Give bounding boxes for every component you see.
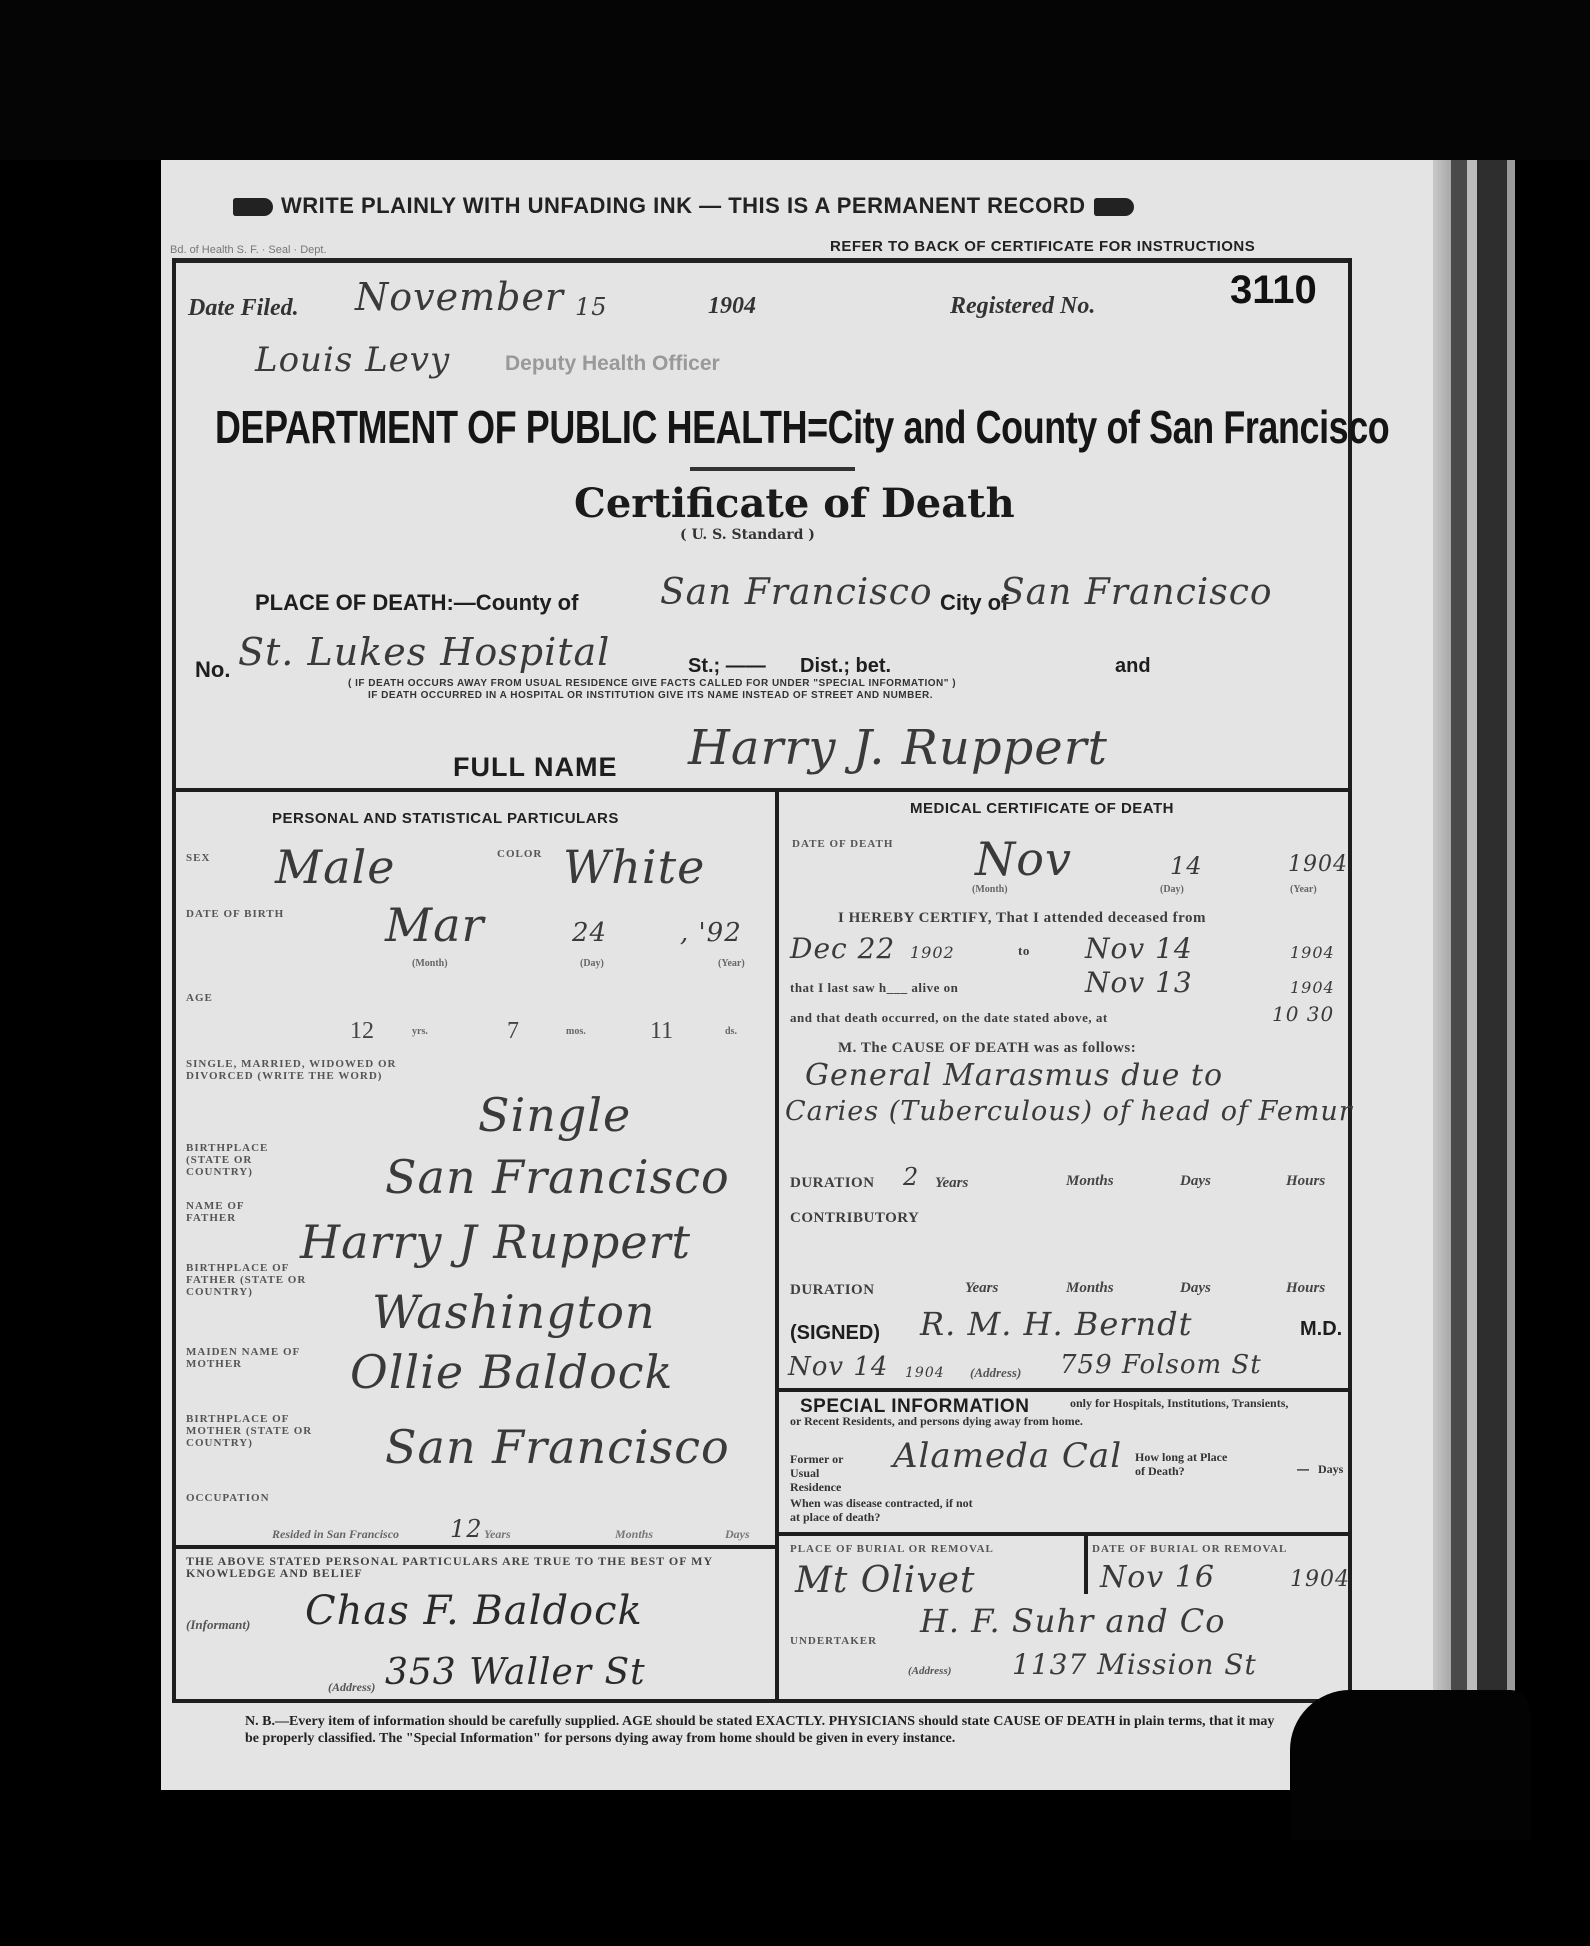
undertaker-label: UNDERTAKER bbox=[790, 1635, 877, 1647]
contributory-label: CONTRIBUTORY bbox=[790, 1210, 919, 1227]
place-city: San Francisco bbox=[1000, 572, 1273, 613]
scan-background-top bbox=[0, 0, 1590, 160]
undertaker-address: 1137 Mission St bbox=[1012, 1648, 1257, 1681]
resided-years-unit: Years bbox=[484, 1527, 511, 1542]
district-label: Dist.; bet. bbox=[800, 655, 891, 678]
mother-birthplace-label: BIRTHPLACE OF MOTHER (State or Country) bbox=[186, 1413, 326, 1449]
residence-label: Former or Usual Residence bbox=[790, 1452, 850, 1494]
time-of-death: 10 30 bbox=[1272, 1002, 1334, 1026]
burial-column-divider bbox=[1084, 1534, 1088, 1594]
to-label: to bbox=[1018, 943, 1030, 959]
color-label: COLOR bbox=[497, 848, 542, 860]
binding-strip bbox=[1507, 160, 1515, 1780]
age-months-unit: mos. bbox=[566, 1026, 586, 1037]
duration2-label: DURATION bbox=[790, 1282, 875, 1299]
age-years-unit: yrs. bbox=[412, 1026, 428, 1037]
informant-divider bbox=[172, 1545, 776, 1549]
duration-value: 2 bbox=[903, 1163, 919, 1191]
duration-months: Months bbox=[1066, 1173, 1114, 1190]
resided-months-unit: Months bbox=[615, 1527, 653, 1542]
place-note-2: IF DEATH OCCURRED IN A HOSPITAL OR INSTI… bbox=[348, 690, 956, 702]
attended-from: Dec 22 bbox=[790, 932, 895, 965]
attended-from-year: 1902 bbox=[910, 943, 955, 962]
age-years: 12 bbox=[350, 1018, 374, 1045]
physician-address: 759 Folsom St bbox=[1060, 1350, 1262, 1380]
place-institution: St. Lukes Hospital bbox=[238, 630, 610, 674]
date-filed-day: 15 bbox=[575, 293, 608, 321]
burial-date-label: DATE of BURIAL or REMOVAL bbox=[1092, 1543, 1287, 1555]
color-value: White bbox=[563, 840, 705, 894]
place-of-death-label: PLACE OF DEATH:—County of bbox=[255, 590, 578, 616]
pointing-hand-icon bbox=[233, 198, 273, 216]
informant-address-label: (Address) bbox=[328, 1680, 375, 1695]
certify-statement: I HEREBY CERTIFY, That I attended deceas… bbox=[838, 910, 1206, 927]
duration-days: Days bbox=[1180, 1173, 1211, 1190]
cause-label: M. The CAUSE OF DEATH was as follows: bbox=[838, 1040, 1136, 1057]
signed-date: Nov 14 bbox=[788, 1352, 888, 1382]
pointing-hand-icon bbox=[1094, 198, 1134, 216]
place-county: San Francisco bbox=[660, 572, 933, 613]
officer-title: Deputy Health Officer bbox=[505, 352, 720, 376]
attended-to-year: 1904 bbox=[1290, 943, 1335, 962]
certificate-title: Certificate of Death bbox=[574, 480, 1015, 527]
undertaker-address-label: (Address) bbox=[908, 1665, 951, 1677]
date-of-death-day: 14 bbox=[1170, 852, 1203, 880]
street-label: St.; —— bbox=[688, 655, 766, 678]
section-divider bbox=[172, 788, 1352, 792]
undertaker-name: H. F. Suhr and Co bbox=[920, 1602, 1226, 1640]
dod-day-sub: (Day) bbox=[1160, 884, 1184, 895]
how-long-days: Days bbox=[1318, 1462, 1343, 1477]
column-divider bbox=[775, 790, 779, 1702]
resided-label: Resided in San Francisco bbox=[272, 1527, 399, 1542]
birthplace-label: BIRTHPLACE (State or Country) bbox=[186, 1142, 306, 1178]
informant-statement: THE ABOVE STATED PERSONAL PARTICULARS AR… bbox=[186, 1555, 766, 1579]
dob-label: DATE OF BIRTH bbox=[186, 908, 284, 920]
personal-heading: PERSONAL AND STATISTICAL PARTICULARS bbox=[272, 810, 619, 827]
binding-strip bbox=[1433, 160, 1451, 1780]
occurred-label: and that death occurred, on the date sta… bbox=[790, 1010, 1108, 1026]
how-long-value: — bbox=[1297, 1462, 1309, 1476]
full-name-label: FULL NAME bbox=[453, 752, 618, 783]
medical-heading: MEDICAL CERTIFICATE OF DEATH bbox=[910, 800, 1174, 817]
title-divider bbox=[690, 467, 855, 471]
registered-number: 3110 bbox=[1230, 268, 1317, 313]
date-filed-year: 1904 bbox=[708, 293, 756, 320]
officer-name: Louis Levy bbox=[255, 340, 450, 380]
special-heading-rest: only for Hospitals, Institutions, Transi… bbox=[1070, 1396, 1288, 1411]
mother-birthplace-value: San Francisco bbox=[385, 1420, 730, 1474]
binding-strip bbox=[1451, 160, 1467, 1780]
burial-place-label: PLACE OF BURIAL OR REMOVAL bbox=[790, 1543, 994, 1555]
burial-year: 1904 bbox=[1290, 1567, 1350, 1592]
age-days: 11 bbox=[650, 1018, 673, 1045]
stamp-line: Bd. of Health S. F. · Seal · Dept. bbox=[170, 244, 327, 256]
physician-address-label: (Address) bbox=[970, 1365, 1021, 1381]
duration-years: Years bbox=[935, 1175, 968, 1192]
how-long-label: How long at Place of Death? bbox=[1135, 1450, 1235, 1478]
father-name-value: Harry J Ruppert bbox=[300, 1215, 691, 1269]
md-label: M.D. bbox=[1300, 1318, 1342, 1341]
resided-years: 12 bbox=[450, 1515, 483, 1543]
refer-instructions: REFER TO BACK OF CERTIFICATE FOR INSTRUC… bbox=[830, 238, 1255, 255]
full-name-value: Harry J. Ruppert bbox=[688, 720, 1108, 776]
cause-line-1: General Marasmus due to bbox=[805, 1058, 1223, 1093]
banner-text: WRITE PLAINLY WITH UNFADING INK — THIS I… bbox=[281, 193, 1086, 218]
duration2-years: Years bbox=[965, 1280, 998, 1297]
special-divider bbox=[776, 1388, 1352, 1392]
resided-days-unit: Days bbox=[725, 1527, 750, 1542]
dob-month: Mar bbox=[385, 898, 485, 952]
informant-address: 353 Waller St bbox=[385, 1652, 646, 1693]
burial-divider bbox=[776, 1532, 1352, 1536]
cause-line-2: Caries (Tuberculous) of head of Femur bbox=[785, 1096, 1353, 1127]
dob-month-sub: (Month) bbox=[412, 958, 448, 969]
place-instructions: ( IF DEATH OCCURS AWAY FROM USUAL RESIDE… bbox=[348, 678, 956, 702]
signed-year: 1904 bbox=[905, 1365, 945, 1381]
department-title: DEPARTMENT OF PUBLIC HEALTH=City and Cou… bbox=[215, 400, 1389, 454]
last-saw-label: that I last saw h___ alive on bbox=[790, 980, 958, 996]
occupation-label: OCCUPATION bbox=[186, 1492, 270, 1504]
registered-label: Registered No. bbox=[950, 293, 1095, 320]
duration-label: DURATION bbox=[790, 1175, 875, 1192]
age-label: AGE bbox=[186, 992, 213, 1004]
informant-name: Chas F. Baldock bbox=[305, 1588, 643, 1634]
footer-note: N. B.—Every item of information should b… bbox=[245, 1713, 1275, 1747]
birthplace-value: San Francisco bbox=[385, 1150, 730, 1204]
informant-label: (Informant) bbox=[186, 1617, 250, 1633]
attended-to: Nov 14 bbox=[1085, 932, 1193, 965]
dod-year-sub: (Year) bbox=[1290, 884, 1317, 895]
no-label: No. bbox=[195, 657, 230, 683]
residence-value: Alameda Cal bbox=[893, 1436, 1122, 1476]
mother-name-value: Ollie Baldock bbox=[350, 1345, 673, 1399]
and-label: and bbox=[1115, 655, 1151, 678]
physician-signature: R. M. H. Berndt bbox=[920, 1305, 1193, 1343]
burial-place: Mt Olivet bbox=[795, 1560, 975, 1601]
duration2-hours: Hours bbox=[1286, 1280, 1325, 1297]
duration2-months: Months bbox=[1066, 1280, 1114, 1297]
banner: WRITE PLAINLY WITH UNFADING INK — THIS I… bbox=[225, 193, 1142, 219]
binding-strip bbox=[1467, 160, 1477, 1780]
father-name-label: NAME OF FATHER bbox=[186, 1200, 266, 1224]
signed-label: (SIGNED) bbox=[790, 1322, 880, 1345]
dob-year-sub: (Year) bbox=[718, 958, 745, 969]
age-days-unit: ds. bbox=[725, 1026, 737, 1037]
date-filed-month: November bbox=[355, 275, 564, 319]
marital-value: Single bbox=[478, 1088, 631, 1142]
burial-date: Nov 16 bbox=[1100, 1560, 1215, 1595]
date-of-death-month: Nov bbox=[975, 832, 1072, 886]
dob-year: , '92 bbox=[680, 918, 742, 948]
place-note-1: ( IF DEATH OCCURS AWAY FROM USUAL RESIDE… bbox=[348, 678, 956, 690]
age-months: 7 bbox=[507, 1018, 519, 1045]
certificate-standard: ( U. S. Standard ) bbox=[680, 527, 815, 543]
contracted-label: When was disease contracted, if not at p… bbox=[790, 1496, 980, 1524]
mother-name-label: MAIDEN NAME OF MOTHER bbox=[186, 1346, 326, 1370]
dob-day-sub: (Day) bbox=[580, 958, 604, 969]
sex-value: Male bbox=[275, 840, 395, 894]
duration-hours: Hours bbox=[1286, 1173, 1325, 1190]
father-birthplace-value: Washington bbox=[372, 1285, 656, 1339]
sex-label: SEX bbox=[186, 852, 210, 864]
special-line-2: or Recent Residents, and persons dying a… bbox=[790, 1414, 1083, 1429]
binding-strip bbox=[1477, 160, 1507, 1780]
date-of-death-year: 1904 bbox=[1288, 852, 1348, 877]
duration2-days: Days bbox=[1180, 1280, 1211, 1297]
date-filed-label: Date Filed. bbox=[188, 295, 299, 322]
marital-label: SINGLE, MARRIED, WIDOWED OR DIVORCED (Wr… bbox=[186, 1058, 436, 1082]
dob-day: 24 bbox=[572, 918, 607, 948]
last-saw-date: Nov 13 bbox=[1085, 966, 1193, 999]
date-of-death-label: DATE OF DEATH bbox=[792, 838, 893, 850]
thumb-shadow bbox=[1290, 1690, 1530, 1840]
dod-month-sub: (Month) bbox=[972, 884, 1008, 895]
father-birthplace-label: BIRTHPLACE OF FATHER (State or Country) bbox=[186, 1262, 326, 1298]
last-saw-year: 1904 bbox=[1290, 978, 1335, 997]
city-label: City of bbox=[940, 590, 1008, 616]
